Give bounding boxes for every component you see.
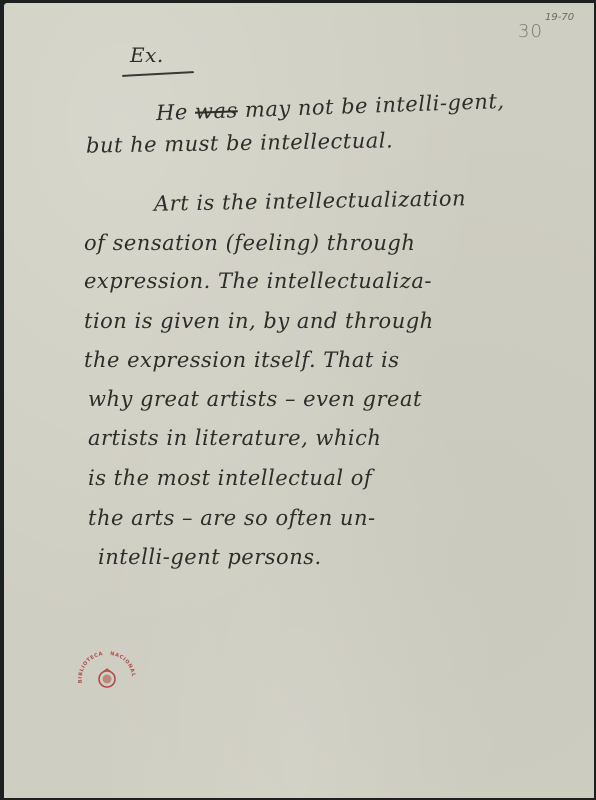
heading: Ex. <box>130 43 164 67</box>
text-line-6: tion is given in, by and through <box>84 309 434 333</box>
text-line-1: He was may not be intelli-gent, <box>156 89 505 125</box>
manuscript-page: 19-70 30 Ex. He was may not be intelli-g… <box>4 3 594 798</box>
text-line-5: expression. The intellectualiza- <box>84 269 432 293</box>
folio-number: 30 <box>518 21 543 42</box>
text-line-10: is the most intellectual of <box>88 466 372 490</box>
struck-word: was <box>195 98 239 123</box>
text-line-3: Art is the intellectualization <box>154 186 466 215</box>
text-line-11: the arts – are so often un- <box>88 506 376 530</box>
text-line-8: why great artists – even great <box>88 387 422 411</box>
library-stamp-icon: BIBLIOTECA NACIONAL <box>76 643 136 693</box>
text-line-12: intelli-gent persons. <box>98 545 322 569</box>
text-line-7: the expression itself. That is <box>84 348 399 372</box>
text-line-2: but he must be intellectual. <box>86 128 394 157</box>
heading-underline <box>122 71 194 77</box>
text-line-9: artists in literature, which <box>88 426 381 450</box>
archive-reference: 19-70 <box>545 12 574 23</box>
text-line-4: of sensation (feeling) through <box>84 231 415 255</box>
